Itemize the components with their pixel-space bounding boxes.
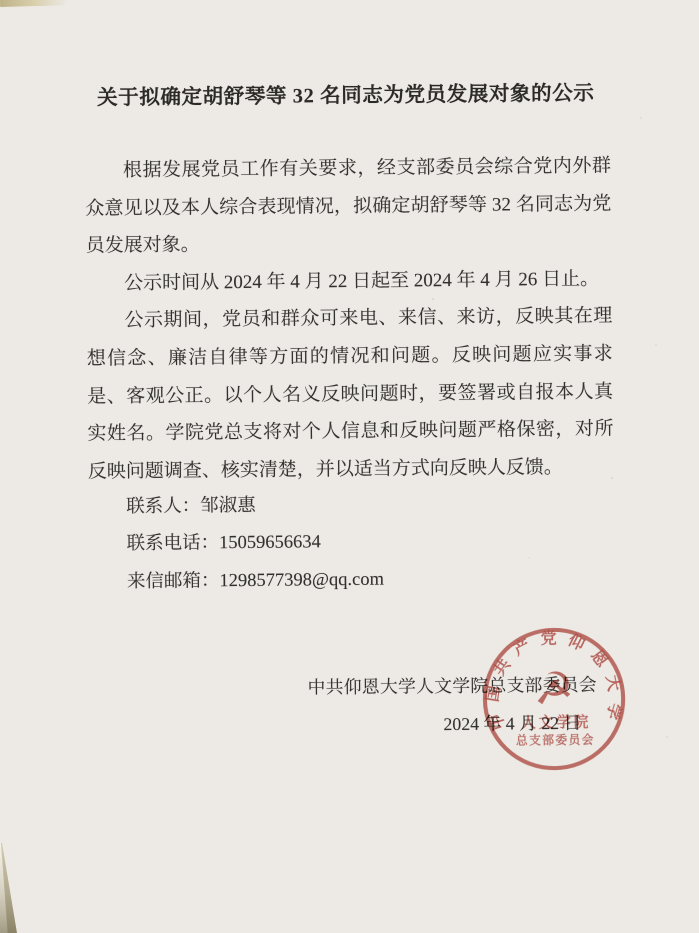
- signature-org: 中共仰恩大学人文学院总支部委员会: [2, 672, 597, 703]
- contact-block: 联系人：邹淑惠 联系电话：15059656634 来信邮箱：1298577398…: [126, 487, 384, 601]
- contact-phone-line: 联系电话：15059656634: [126, 524, 383, 564]
- signature-date: 2024 年 4 月 22 日: [2, 710, 581, 741]
- paragraph-notice-period: 公示时间从 2024 年 4 月 22 日起至 2024 年 4 月 26 日止…: [86, 260, 612, 303]
- official-seal: 中国共产党仰恩大学 ☭ 人文学院 总支部委员会: [480, 625, 627, 772]
- contact-person-line: 联系人：邹淑惠: [126, 487, 383, 527]
- contact-email-line: 来信邮箱：1298577398@qq.com: [127, 561, 384, 601]
- document-content: 关于拟确定胡舒琴等 32 名同志为党员发展对象的公示 根据发展党员工作有关要求，…: [0, 0, 699, 933]
- document-body: 根据发展党员工作有关要求，经支部委员会综合党内外群众意见以及本人综合表现情况，拟…: [85, 147, 614, 490]
- official-seal-graphic: 中国共产党仰恩大学 ☭ 人文学院 总支部委员会: [480, 625, 627, 772]
- paragraph-feedback-rules: 公示期间，党员和群众可来电、来信、来访，反映其在理想信念、廉洁自律等方面的情况和…: [86, 298, 614, 491]
- seal-ring: [484, 629, 624, 769]
- paragraph-basis: 根据发展党员工作有关要求，经支部委员会综合党内外群众意见以及本人综合表现情况，拟…: [85, 147, 612, 265]
- document-title: 关于拟确定胡舒琴等 32 名同志为党员发展对象的公示: [0, 75, 695, 112]
- scanned-notice-page: 关于拟确定胡舒琴等 32 名同志为党员发展对象的公示 根据发展党员工作有关要求，…: [0, 0, 699, 933]
